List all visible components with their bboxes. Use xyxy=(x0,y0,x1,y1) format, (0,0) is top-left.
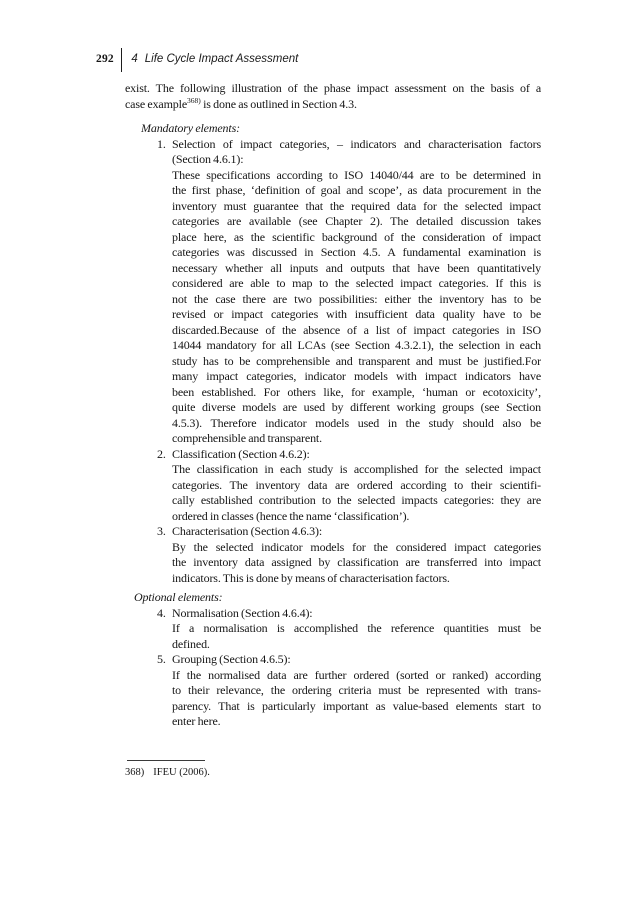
text-line: the inventory data assigned by classific… xyxy=(172,555,541,571)
text-line: These specifications according to ISO 14… xyxy=(172,168,541,184)
item-number: 5. xyxy=(157,652,166,668)
text-segment: is done as outlined in Section 4.3. xyxy=(201,97,357,111)
text-line: inventory must guarantee that the requir… xyxy=(172,199,541,215)
footnote-rule xyxy=(127,760,205,761)
text-line: considered are able to map to the select… xyxy=(172,276,541,292)
text-line: categories was discussed in Section 4.5.… xyxy=(172,245,541,261)
text-line: been established. For others like, for e… xyxy=(172,385,541,401)
text-line: If the normalised data are further order… xyxy=(172,668,541,684)
text-column: exist. The following illustration of the… xyxy=(125,81,541,730)
text-line: If a normalisation is accomplished the r… xyxy=(172,621,541,637)
item-number: 3. xyxy=(157,524,166,540)
chapter-header: 4Life Cycle Impact Assessment xyxy=(131,48,298,65)
footnote-line: 368)IFEU (2006). xyxy=(125,767,210,778)
list-item: 1.Selection of impact categories, – indi… xyxy=(125,137,541,447)
text-line: indicators. This is done by means of cha… xyxy=(172,571,541,587)
footnote: 368)IFEU (2006). xyxy=(125,760,210,778)
text-line: to their relevance, the ordering criteri… xyxy=(172,683,541,699)
text-line: comprehensible and transparent. xyxy=(172,431,541,447)
footnote-text: IFEU (2006). xyxy=(153,767,210,778)
optional-elements-label: Optional elements: xyxy=(134,590,541,606)
text-line: quite diverse models are used by differe… xyxy=(172,400,541,416)
text-line: categories. The inventory data are order… xyxy=(172,478,541,494)
page: { "colors": { "background": "#ffffff", "… xyxy=(0,0,627,900)
text-line: (Section 4.6.1): xyxy=(172,152,541,168)
text-line: discarded.Because of the absence of a li… xyxy=(172,323,541,339)
text-line: The classification in each study is acco… xyxy=(172,462,541,478)
text-line: revised or impact categories with insuff… xyxy=(172,307,541,323)
text-line: study has to be comprehensible and trans… xyxy=(172,354,541,370)
text-line: cally established contribution to the se… xyxy=(172,493,541,509)
list-item: 2.Classification (Section 4.6.2):The cla… xyxy=(125,447,541,525)
intro-paragraph: exist. The following illustration of the… xyxy=(125,81,541,112)
mandatory-elements-label: Mandatory elements: xyxy=(141,121,541,137)
text-line: not the case there are two possibilities… xyxy=(172,292,541,308)
text-line: Classification (Section 4.6.2): xyxy=(172,447,541,463)
text-line: exist. The following illustration of the… xyxy=(125,81,541,97)
page-number: 292 xyxy=(96,48,114,65)
text-line: enter here. xyxy=(172,714,541,730)
text-line: necessary whether all inputs and outputs… xyxy=(172,261,541,277)
footnote-ref-superscript: 368) xyxy=(187,97,201,105)
item-number: 2. xyxy=(157,447,166,463)
text-line: defined. xyxy=(172,637,541,653)
header-divider xyxy=(121,48,123,72)
running-header: 292 4Life Cycle Impact Assessment xyxy=(96,48,298,72)
text-line: By the selected indicator models for the… xyxy=(172,540,541,556)
text-line: 14044 mandatory for all LCAs (see Sectio… xyxy=(172,338,541,354)
text-line: ordered in classes (hence the name ‘clas… xyxy=(172,509,541,525)
text-line: Grouping (Section 4.6.5): xyxy=(172,652,541,668)
text-line: place here, as the scientific background… xyxy=(172,230,541,246)
text-line: case example368) is done as outlined in … xyxy=(125,97,541,113)
text-line: 4.5.3). Therefore indicator models used … xyxy=(172,416,541,432)
text-line: many impact categories, indicator models… xyxy=(172,369,541,385)
chapter-title: Life Cycle Impact Assessment xyxy=(145,53,299,65)
item-number: 1. xyxy=(157,137,166,153)
item-number: 4. xyxy=(157,606,166,622)
list-item: 3.Characterisation (Section 4.6.3):By th… xyxy=(125,524,541,586)
mandatory-list: 1.Selection of impact categories, – indi… xyxy=(125,137,541,587)
footnote-marker: 368) xyxy=(125,767,144,778)
list-item: 4.Normalisation (Section 4.6.4):If a nor… xyxy=(125,606,541,653)
text-line: Selection of impact categories, – indica… xyxy=(172,137,541,153)
text-line: Characterisation (Section 4.6.3): xyxy=(172,524,541,540)
text-line: the first phase, ‘definition of goal and… xyxy=(172,183,541,199)
text-line: categories are available (see Chapter 2)… xyxy=(172,214,541,230)
chapter-number: 4 xyxy=(131,53,137,65)
text-line: parency. That is particularly important … xyxy=(172,699,541,715)
optional-list: 4.Normalisation (Section 4.6.4):If a nor… xyxy=(125,606,541,730)
text-line: Normalisation (Section 4.6.4): xyxy=(172,606,541,622)
text-segment: case example xyxy=(125,97,187,111)
list-item: 5.Grouping (Section 4.6.5):If the normal… xyxy=(125,652,541,730)
